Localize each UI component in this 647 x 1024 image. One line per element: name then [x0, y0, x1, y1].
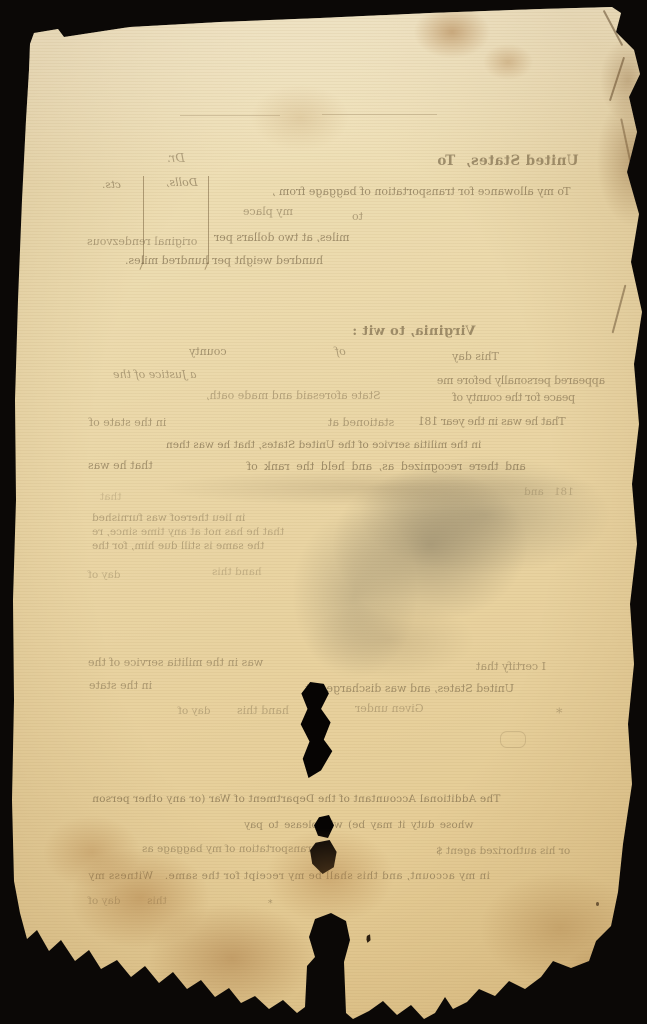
print-fragment-stationed-at: stationed at — [328, 417, 394, 430]
print-fragment-appeared-personally: appeared personally before me — [437, 375, 605, 388]
print-fragment-181-and: 181 and — [524, 486, 574, 498]
torn-hole-large — [300, 682, 334, 778]
print-fragment-this-day: This day — [452, 351, 499, 364]
print-fragment-given-under: Given under — [355, 703, 424, 716]
corner-fold-crease — [603, 10, 624, 46]
edge-crease-mark — [612, 285, 627, 334]
print-fragment-lieu-thereof: in lieu thereof was furnished — [92, 512, 245, 524]
print-fragment-hundred-weight: hundred weight per hundred miles. — [125, 255, 323, 268]
aged-paper-sheet: Dr. United States, To To my allowance fo… — [0, 0, 647, 1024]
print-fragment-year-181: That he was in the year 181 — [418, 416, 566, 429]
print-fragment-virginia-to-wit: Virginia, to wit : — [352, 325, 476, 340]
print-fragment-authorized-agent: or his authorized agent $ — [436, 845, 570, 857]
money-column-rule — [208, 176, 209, 264]
faint-flourish-mark: ⁎ — [556, 702, 563, 717]
print-fragment-dr: Dr. — [167, 152, 185, 166]
photograph-of-aged-document: Dr. United States, To To my allowance fo… — [0, 0, 647, 1024]
faint-stamp-mark — [500, 731, 526, 748]
print-fragment-original-rendezvous: original rendezvous — [87, 236, 197, 249]
print-fragment-recognized-rank: and there recognized as, and held the ra… — [247, 461, 526, 474]
print-fragment-miles-two-dollars: miles, at two dollars per — [214, 232, 350, 245]
print-fragment-transportation-baggage: for transportation of my baggage as — [142, 843, 334, 855]
print-fragment-of: of — [335, 346, 346, 359]
faint-asterisk-mark: ⁎ — [268, 896, 273, 906]
print-fragment-discharged-at: United States, and was discharged at — [305, 683, 514, 696]
print-fragment-state-aforesaid: State aforesaid and made oath, — [206, 390, 381, 403]
edge-crease-mark — [609, 57, 625, 101]
print-fragment-united-states-to: United States, To — [437, 154, 579, 170]
header-rule-left — [180, 115, 280, 116]
print-fragment-in-the-state-of: in the state of — [89, 417, 166, 430]
print-fragment-in-the-state: in the state — [89, 680, 152, 693]
print-fragment-cts: cts. — [102, 179, 121, 191]
print-fragment-receipt-witness: in my account, and this shall be my rece… — [88, 870, 490, 882]
print-fragment-additional-accountant: The Additional Accountant of the Departm… — [92, 793, 500, 805]
print-fragment-not-any-time: that he has not at any time since, re — [92, 526, 284, 538]
print-fragment-sworn-hand-this: hand this — [212, 566, 262, 578]
header-rule-right — [322, 114, 437, 115]
debris-speck — [596, 902, 599, 906]
print-fragment-justice-of-the: a Justice of the — [113, 369, 197, 382]
print-fragment-to: to — [352, 211, 363, 224]
print-fragment-that-he-was: that he was — [88, 460, 153, 473]
print-fragment-militia-service: in the militia service of the United Sta… — [166, 439, 481, 451]
print-fragment-hand-this: hand this — [237, 705, 289, 718]
print-fragment-i-certify-that: I certify that — [476, 661, 546, 674]
print-fragment-peace-county: peace for the county of — [453, 392, 575, 405]
print-fragment-sworn-day-of: day of — [88, 569, 120, 581]
edge-crease-mark — [620, 118, 633, 173]
print-fragment-this-day-of-bottom: this day of — [88, 895, 167, 907]
print-fragment-my-place: my place — [243, 206, 293, 219]
debris-speck — [365, 933, 373, 943]
print-fragment-whose-duty: whose duty it may be) will please to pay — [244, 819, 473, 831]
print-fragment-faint-that: that — [100, 491, 121, 503]
print-fragment-allowance-line: To my allowance for transportation of ba… — [272, 186, 571, 199]
print-fragment-was-in-militia: was in the militia service of the — [88, 657, 263, 670]
print-fragment-county: county — [189, 346, 227, 359]
print-fragment-dolls: Dolls, — [166, 177, 198, 190]
print-fragment-still-due-him: the same is still due him, for the — [92, 540, 264, 552]
money-column-rule — [143, 176, 144, 264]
print-fragment-day-of-cert: day of — [178, 705, 210, 717]
